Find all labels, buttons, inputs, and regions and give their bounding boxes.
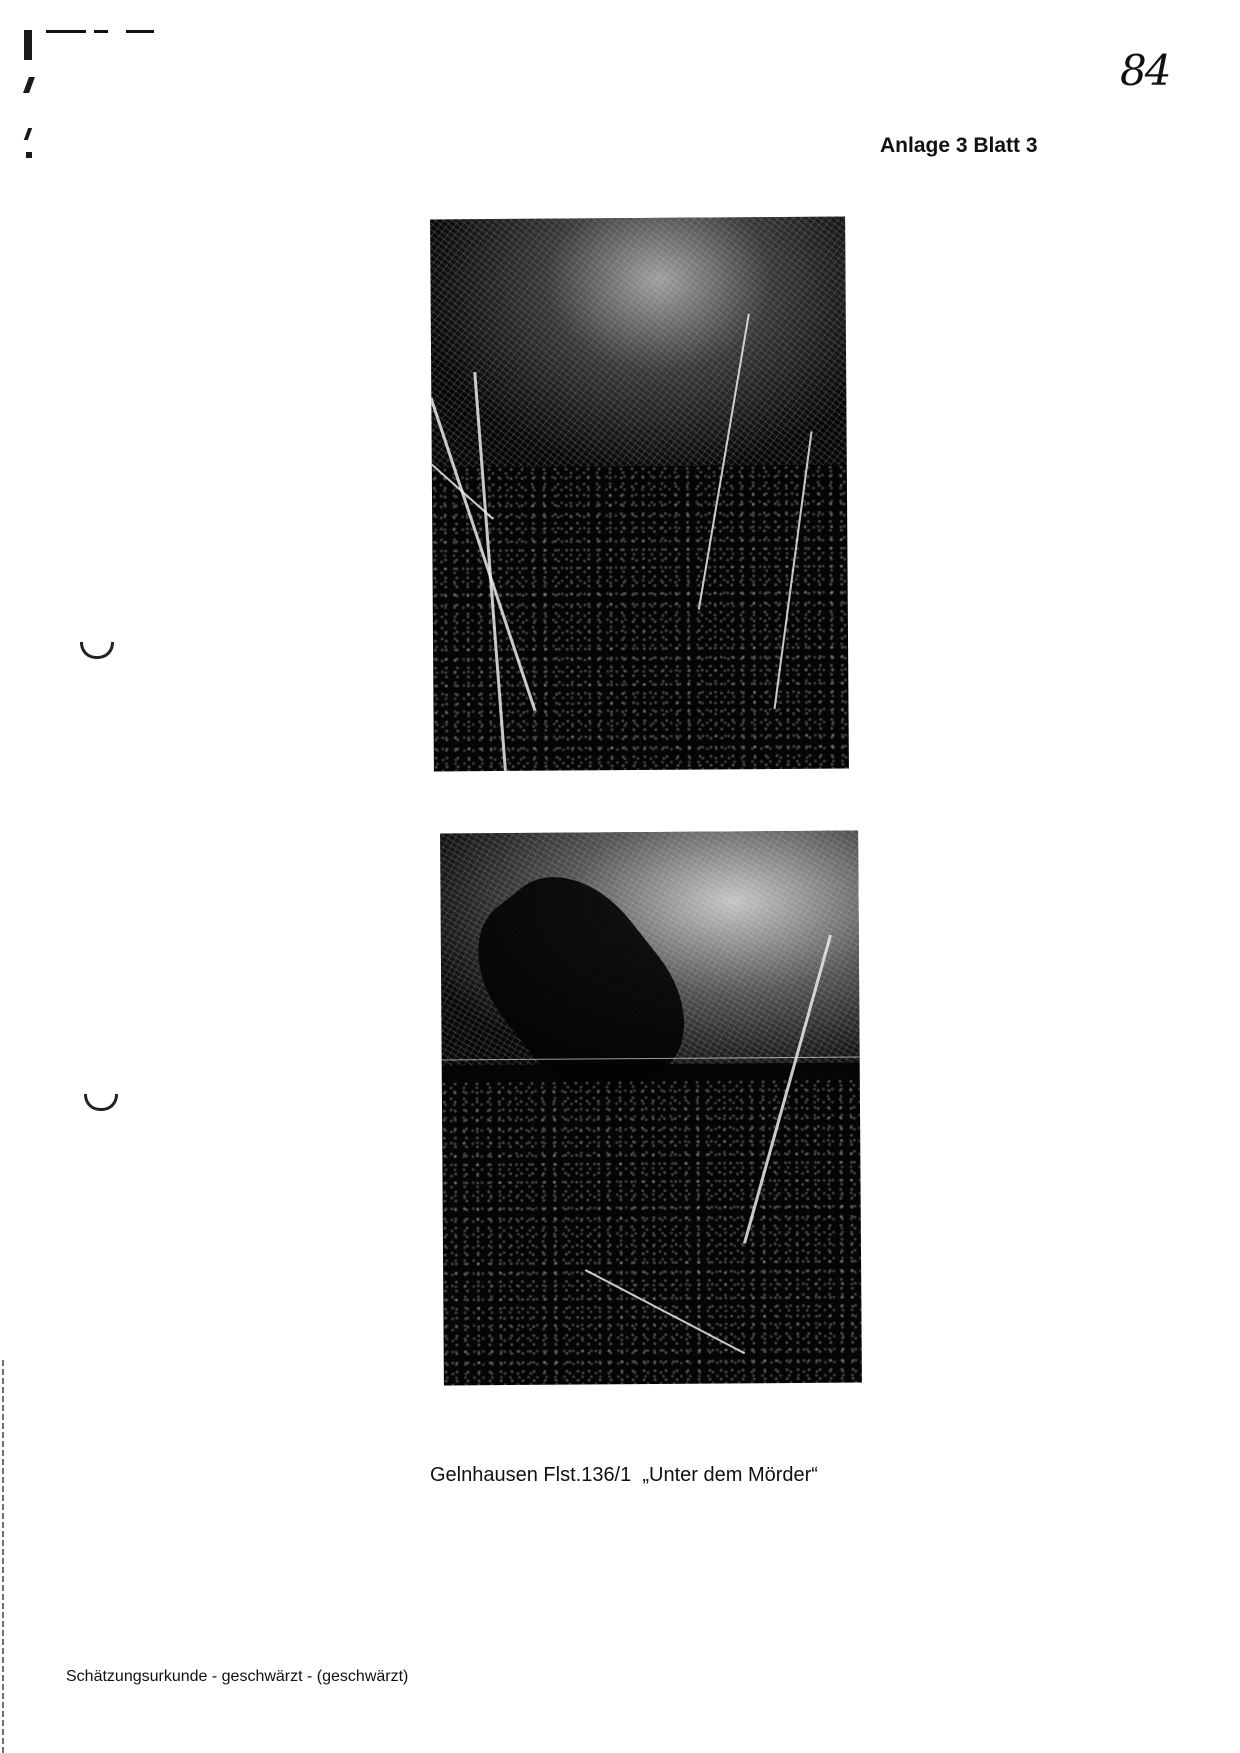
scan-artifact-mark (24, 30, 32, 60)
punch-hole-mark (80, 642, 114, 659)
scan-artifact-bar (46, 30, 154, 33)
scan-edge-artifact (2, 1360, 4, 1753)
sheet-label: Anlage 3 Blatt 3 (880, 134, 1038, 158)
photo-sky-area (430, 217, 847, 468)
scan-artifact-mark (23, 77, 35, 93)
handwritten-page-number: 84 (1120, 46, 1169, 95)
photo-woodland-1 (430, 217, 849, 772)
punch-hole-mark (84, 1094, 118, 1111)
photo-caption: Gelnhausen Flst.136/1 „Unter dem Mörder“ (430, 1464, 818, 1487)
document-footer: Schätzungsurkunde - geschwärzt - (geschw… (66, 1668, 408, 1686)
photo-ground-area (442, 1079, 862, 1386)
scan-artifact-mark (24, 128, 32, 140)
photo-woodland-2 (440, 831, 862, 1386)
scan-artifact-mark (26, 152, 32, 158)
